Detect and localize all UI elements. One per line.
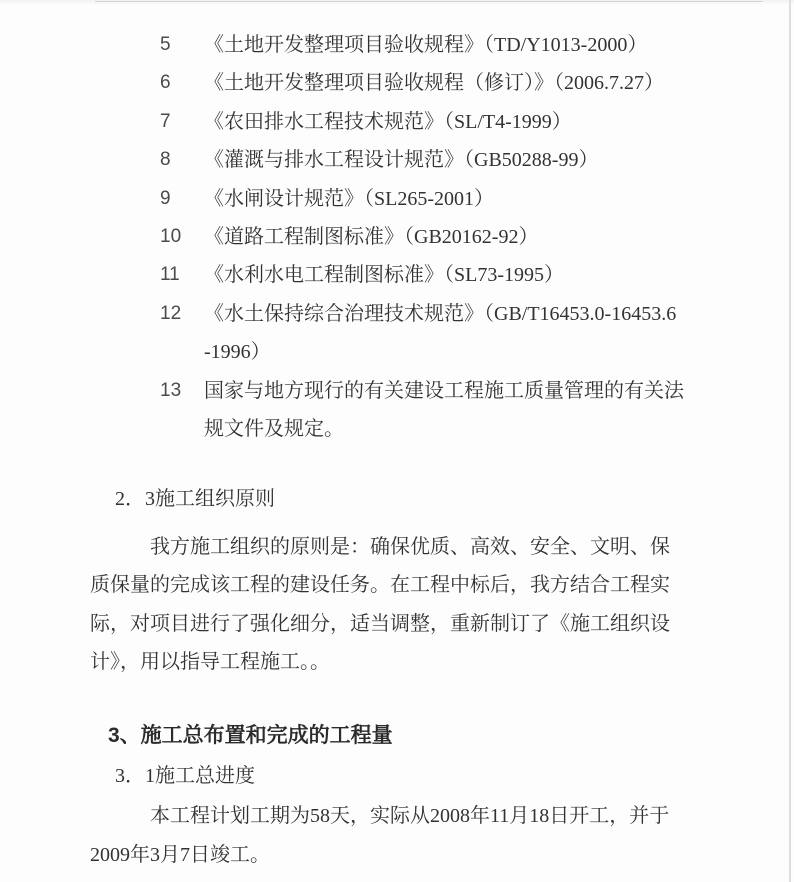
list-item: 10 《道路工程制图标准》（GB20162-92） (0, 218, 794, 256)
list-item-number: 7 (160, 103, 204, 141)
list-item-number: 9 (160, 180, 204, 218)
list-item-text: 《农田排水工程技术规范》（SL/T4-1999） (204, 103, 572, 141)
list-item-text: 《水土保持综合治理技术规范》（GB/T16453.0-16453.6 -1996… (204, 295, 676, 372)
list-item-text: 《土地开发整理项目验收规程（修订）》（2006.7.27） (204, 64, 664, 102)
list-item-number: 13 (160, 372, 204, 449)
list-item-number: 10 (160, 218, 204, 256)
list-item-text: 《水利水电工程制图标准》（SL73-1995） (204, 256, 564, 294)
list-item: 9 《水闸设计规范》（SL265-2001） (0, 180, 794, 218)
list-item: 5 《土地开发整理项目验收规程》（TD/Y1013-2000） (0, 26, 794, 64)
list-item: 13 国家与地方现行的有关建设工程施工质量管理的有关法 规文件及规定。 (0, 372, 794, 449)
list-item-number: 12 (160, 295, 204, 372)
paragraph-construction-principles: 我方施工组织的原则是：确保优质、高效、安全、文明、保 质保量的完成该工程的建设任… (0, 528, 794, 682)
section-heading-2-3: 2．3施工组织原则 (0, 480, 794, 518)
list-item: 8 《灌溉与排水工程设计规范》（GB50288-99） (0, 141, 794, 179)
list-item: 6 《土地开发整理项目验收规程（修订）》（2006.7.27） (0, 64, 794, 102)
section-heading-3: 3、施工总布置和完成的工程量 (0, 717, 794, 755)
section-heading-3-1: 3．1施工总进度 (0, 757, 794, 795)
list-item: 7 《农田排水工程技术规范》（SL/T4-1999） (0, 103, 794, 141)
paragraph-schedule: 本工程计划工期为58天，实际从2008年11月18日开工，并于 2009年3月7… (0, 797, 794, 874)
list-item-text: 《灌溉与排水工程设计规范》（GB50288-99） (204, 141, 598, 179)
list-item-number: 6 (160, 64, 204, 102)
list-item-text: 《水闸设计规范》（SL265-2001） (204, 180, 494, 218)
list-item: 11 《水利水电工程制图标准》（SL73-1995） (0, 256, 794, 294)
list-item-text: 国家与地方现行的有关建设工程施工质量管理的有关法 规文件及规定。 (204, 372, 684, 449)
document-page: 5 《土地开发整理项目验收规程》（TD/Y1013-2000） 6 《土地开发整… (0, 0, 794, 874)
list-item-text: 《道路工程制图标准》（GB20162-92） (204, 218, 538, 256)
list-item-number: 11 (160, 256, 204, 294)
list-item-number: 8 (160, 141, 204, 179)
list-item-text: 《土地开发整理项目验收规程》（TD/Y1013-2000） (204, 26, 647, 64)
list-item-number: 5 (160, 26, 204, 64)
list-item: 12 《水土保持综合治理技术规范》（GB/T16453.0-16453.6 -1… (0, 295, 794, 372)
